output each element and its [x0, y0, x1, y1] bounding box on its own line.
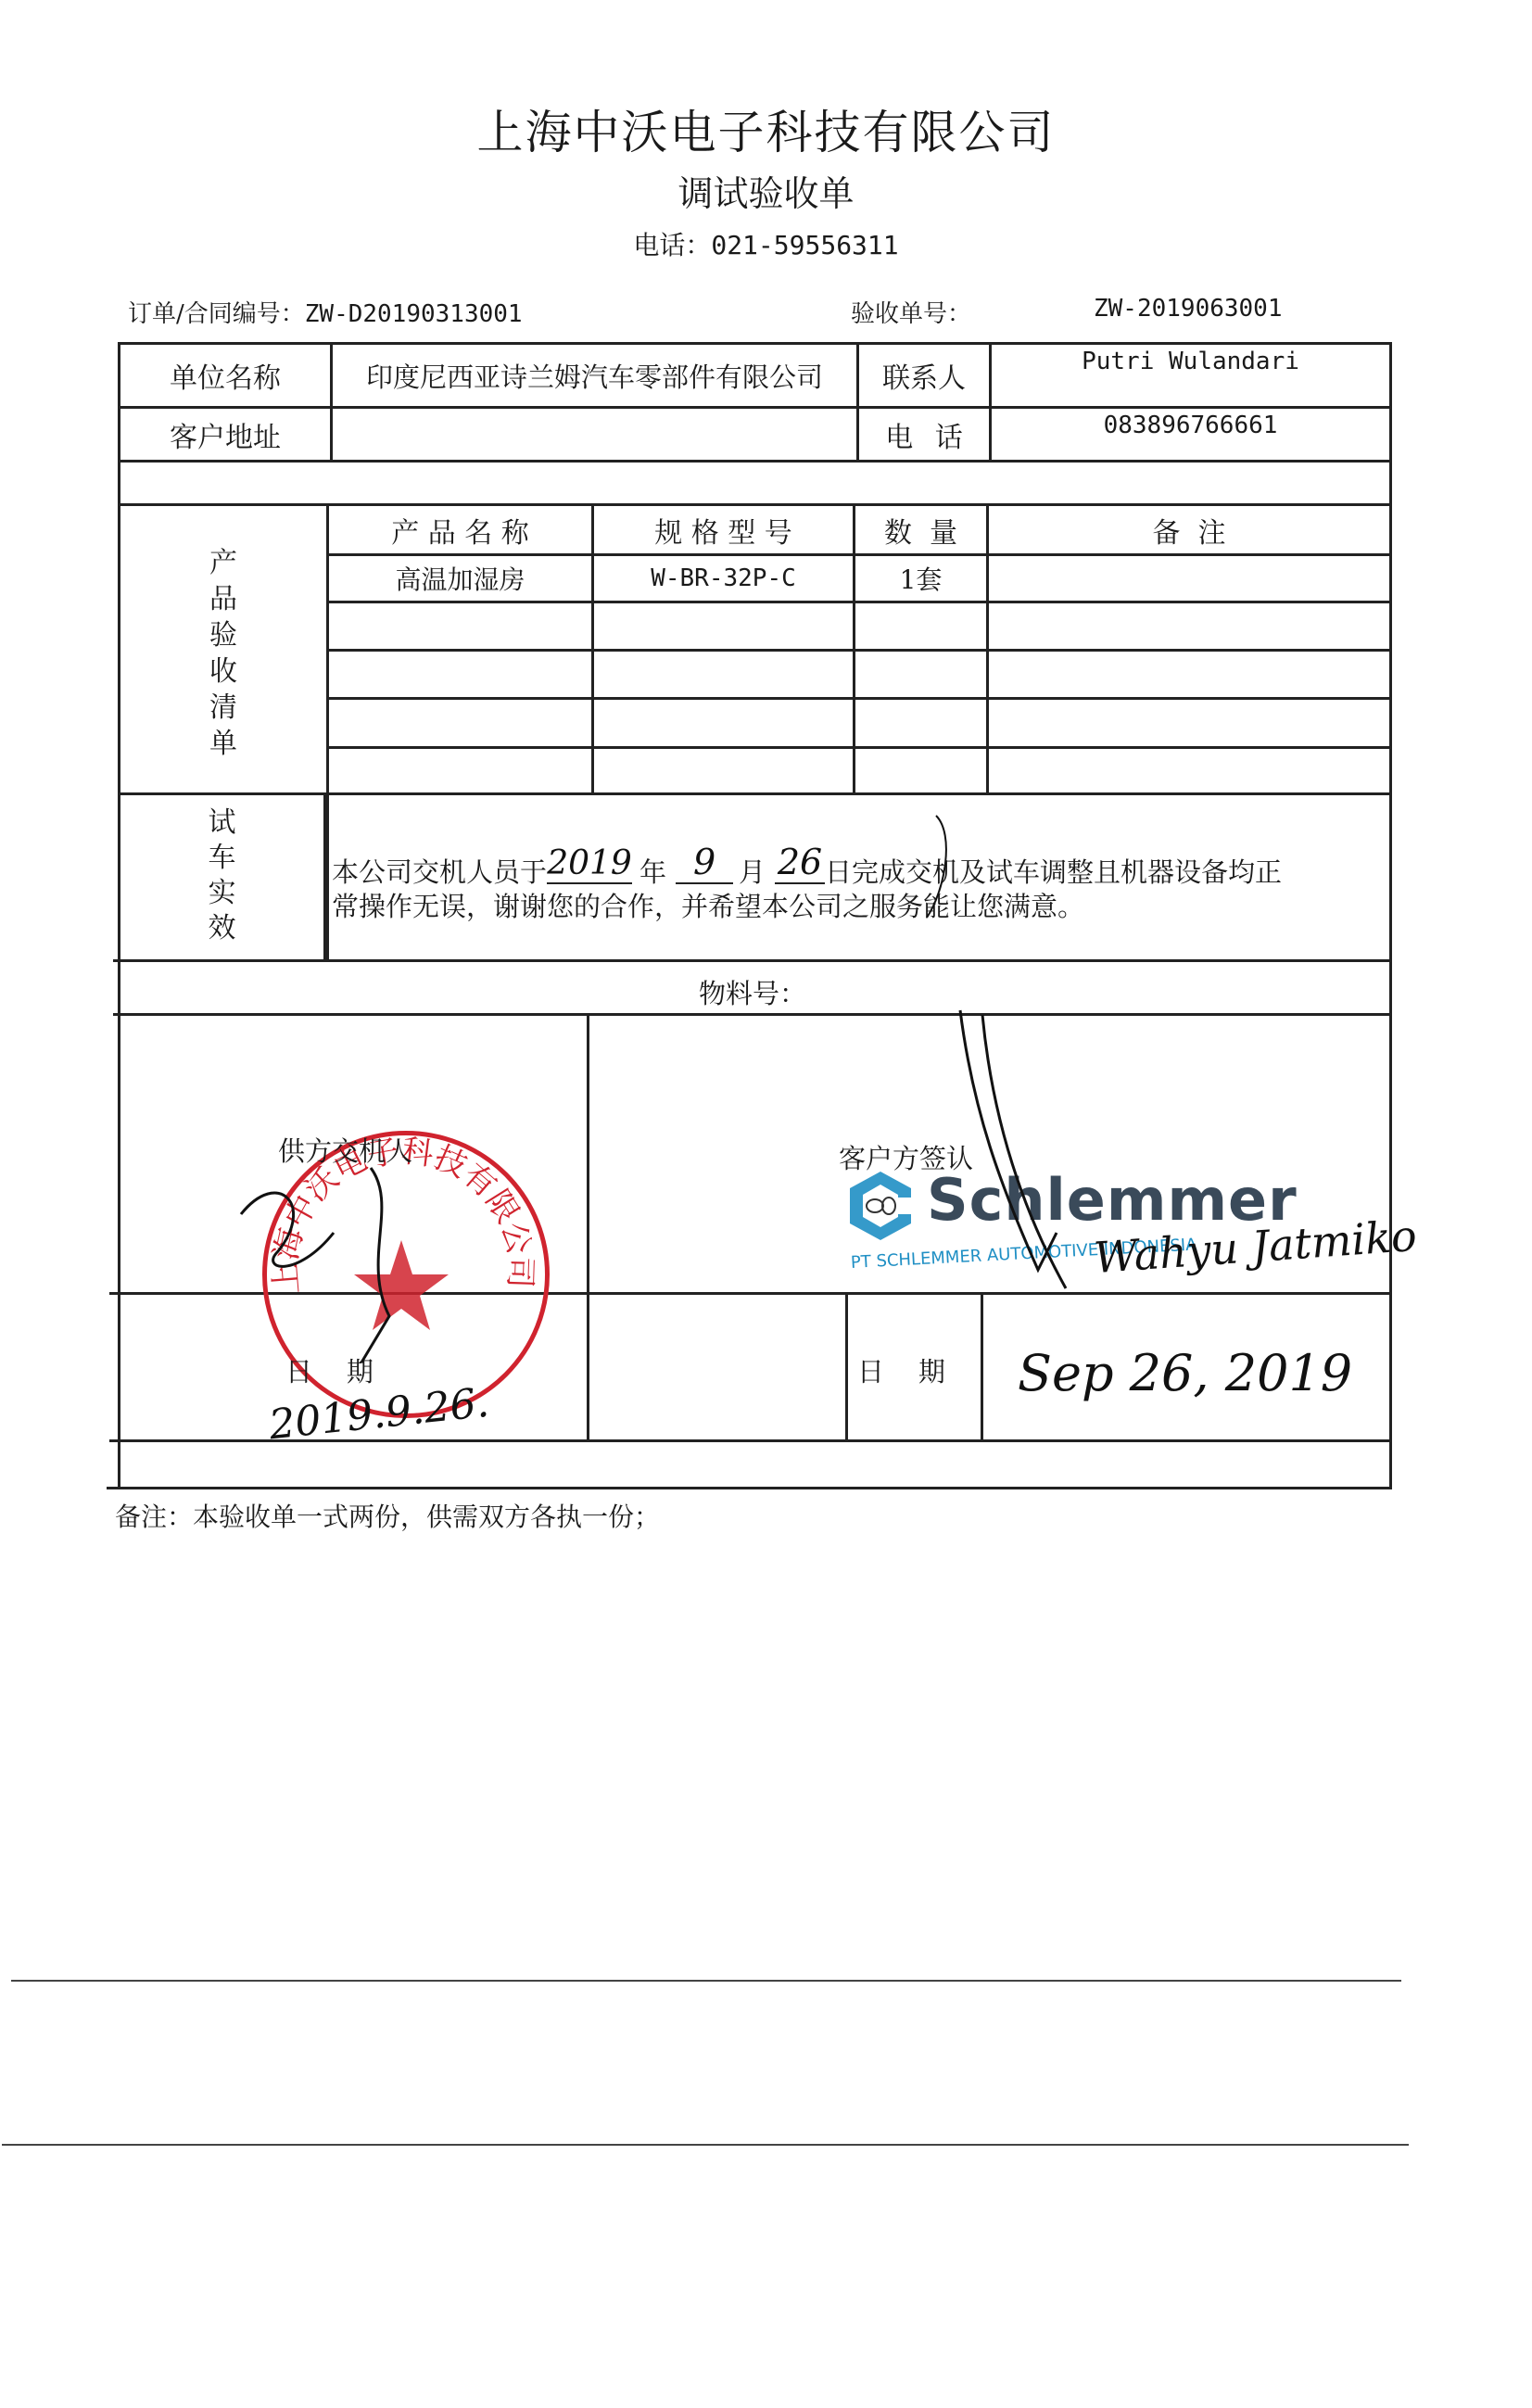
product-note-cell	[989, 556, 1389, 601]
company-phone: 电话：021-59556311	[0, 225, 1532, 262]
divider-line	[2, 2144, 1409, 2146]
form-title: 调试验收单	[0, 165, 1532, 216]
product-section-label: 产 品 验 收 清 单	[120, 519, 326, 788]
footer-note: 备注：本验收单一式两份，供需双方各执一份；	[115, 1497, 660, 1534]
customer-date-handwritten: Sep 26, 2019	[1018, 1344, 1352, 1402]
trial-section-label: 试 车 实 效	[120, 806, 323, 945]
customer-date-label: 日 期	[857, 1351, 945, 1389]
order-number-label: 订单/合同编号：	[128, 300, 305, 328]
column-header-remarks: 备 注	[989, 506, 1389, 553]
unit-name-label: 单位名称	[120, 345, 330, 406]
material-number-label: 物料号：	[116, 962, 1389, 1013]
supplier-handover-label: 供方交机人	[278, 1131, 412, 1169]
trial-statement-line2: 常操作无误，谢谢您的合作，并希望本公司之服务能让您满意。	[332, 886, 1084, 924]
divider-line	[11, 1980, 1401, 1982]
handwritten-day: 26	[775, 842, 825, 884]
order-number-value: ZW-D20190313001	[305, 300, 523, 328]
schlemmer-logo-icon	[848, 1170, 913, 1242]
column-header-quantity: 数 量	[855, 506, 986, 553]
contact-value: Putri Wulandari	[992, 345, 1389, 378]
company-name: 上海中沃电子科技有限公司	[0, 95, 1532, 162]
address-value	[333, 409, 856, 460]
address-label: 客户地址	[120, 409, 330, 460]
supplier-date-label: 日 期	[285, 1351, 374, 1389]
product-qty-cell: 1套	[855, 556, 986, 601]
order-number-field: 订单/合同编号：ZW-D20190313001	[128, 295, 523, 329]
contact-label: 联系人	[859, 345, 989, 406]
handwritten-month: 9	[676, 842, 733, 884]
acceptance-number-label: 验收单号：	[851, 295, 971, 329]
acceptance-number-value: ZW-2019063001	[1094, 295, 1283, 323]
column-header-model: 规 格 型 号	[594, 506, 853, 553]
phone-label: 电 话	[859, 409, 989, 460]
column-header-product-name: 产 品 名 称	[329, 506, 591, 553]
product-model-cell: W-BR-32P-C	[594, 556, 853, 601]
product-name-cell: 高温加湿房	[329, 556, 591, 601]
handwritten-year: 2019	[547, 844, 632, 884]
unit-name-value: 印度尼西亚诗兰姆汽车零部件有限公司	[333, 345, 856, 406]
phone-value: 083896766661	[992, 409, 1389, 442]
